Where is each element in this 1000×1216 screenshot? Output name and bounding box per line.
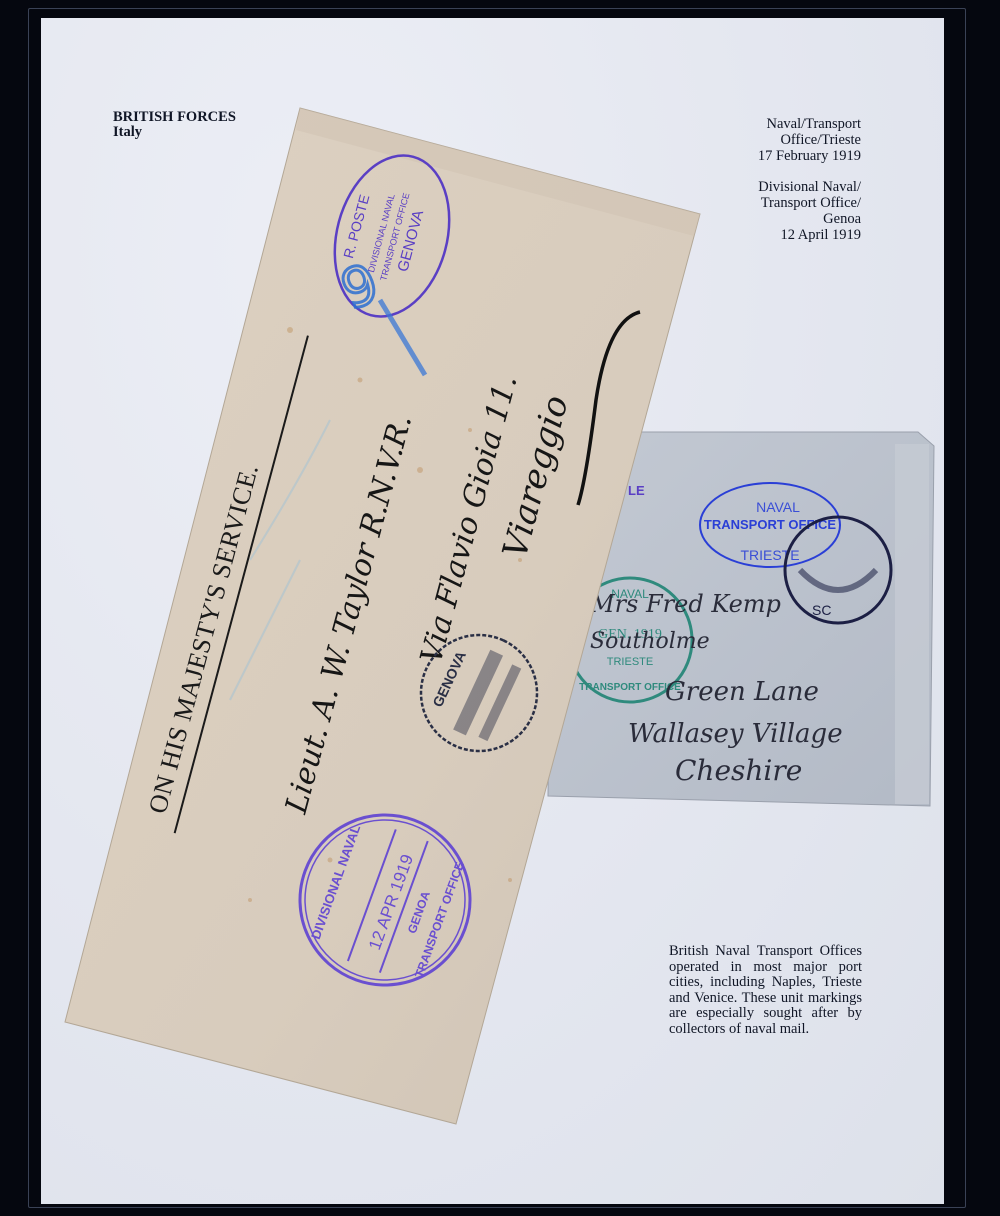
svg-text:TRANSPORT OFFICE: TRANSPORT OFFICE bbox=[704, 517, 836, 532]
partial-label: LE bbox=[628, 483, 645, 498]
svg-text:TRIESTE: TRIESTE bbox=[607, 656, 653, 668]
svg-text:NAVAL: NAVAL bbox=[756, 499, 800, 515]
svg-text:Wallasey Village: Wallasey Village bbox=[628, 719, 843, 749]
svg-text:Mrs Fred Kemp: Mrs Fred Kemp bbox=[589, 590, 781, 618]
svg-text:SC: SC bbox=[812, 602, 831, 618]
svg-text:Cheshire: Cheshire bbox=[675, 754, 802, 787]
svg-text:Southolme: Southolme bbox=[590, 629, 710, 654]
svg-text:Green Lane: Green Lane bbox=[665, 677, 819, 707]
covers-illustration: LE NAVAL TRANSPORT OFFICE TRIESTE SC NAV… bbox=[0, 0, 1000, 1216]
censor-tape bbox=[895, 444, 929, 804]
